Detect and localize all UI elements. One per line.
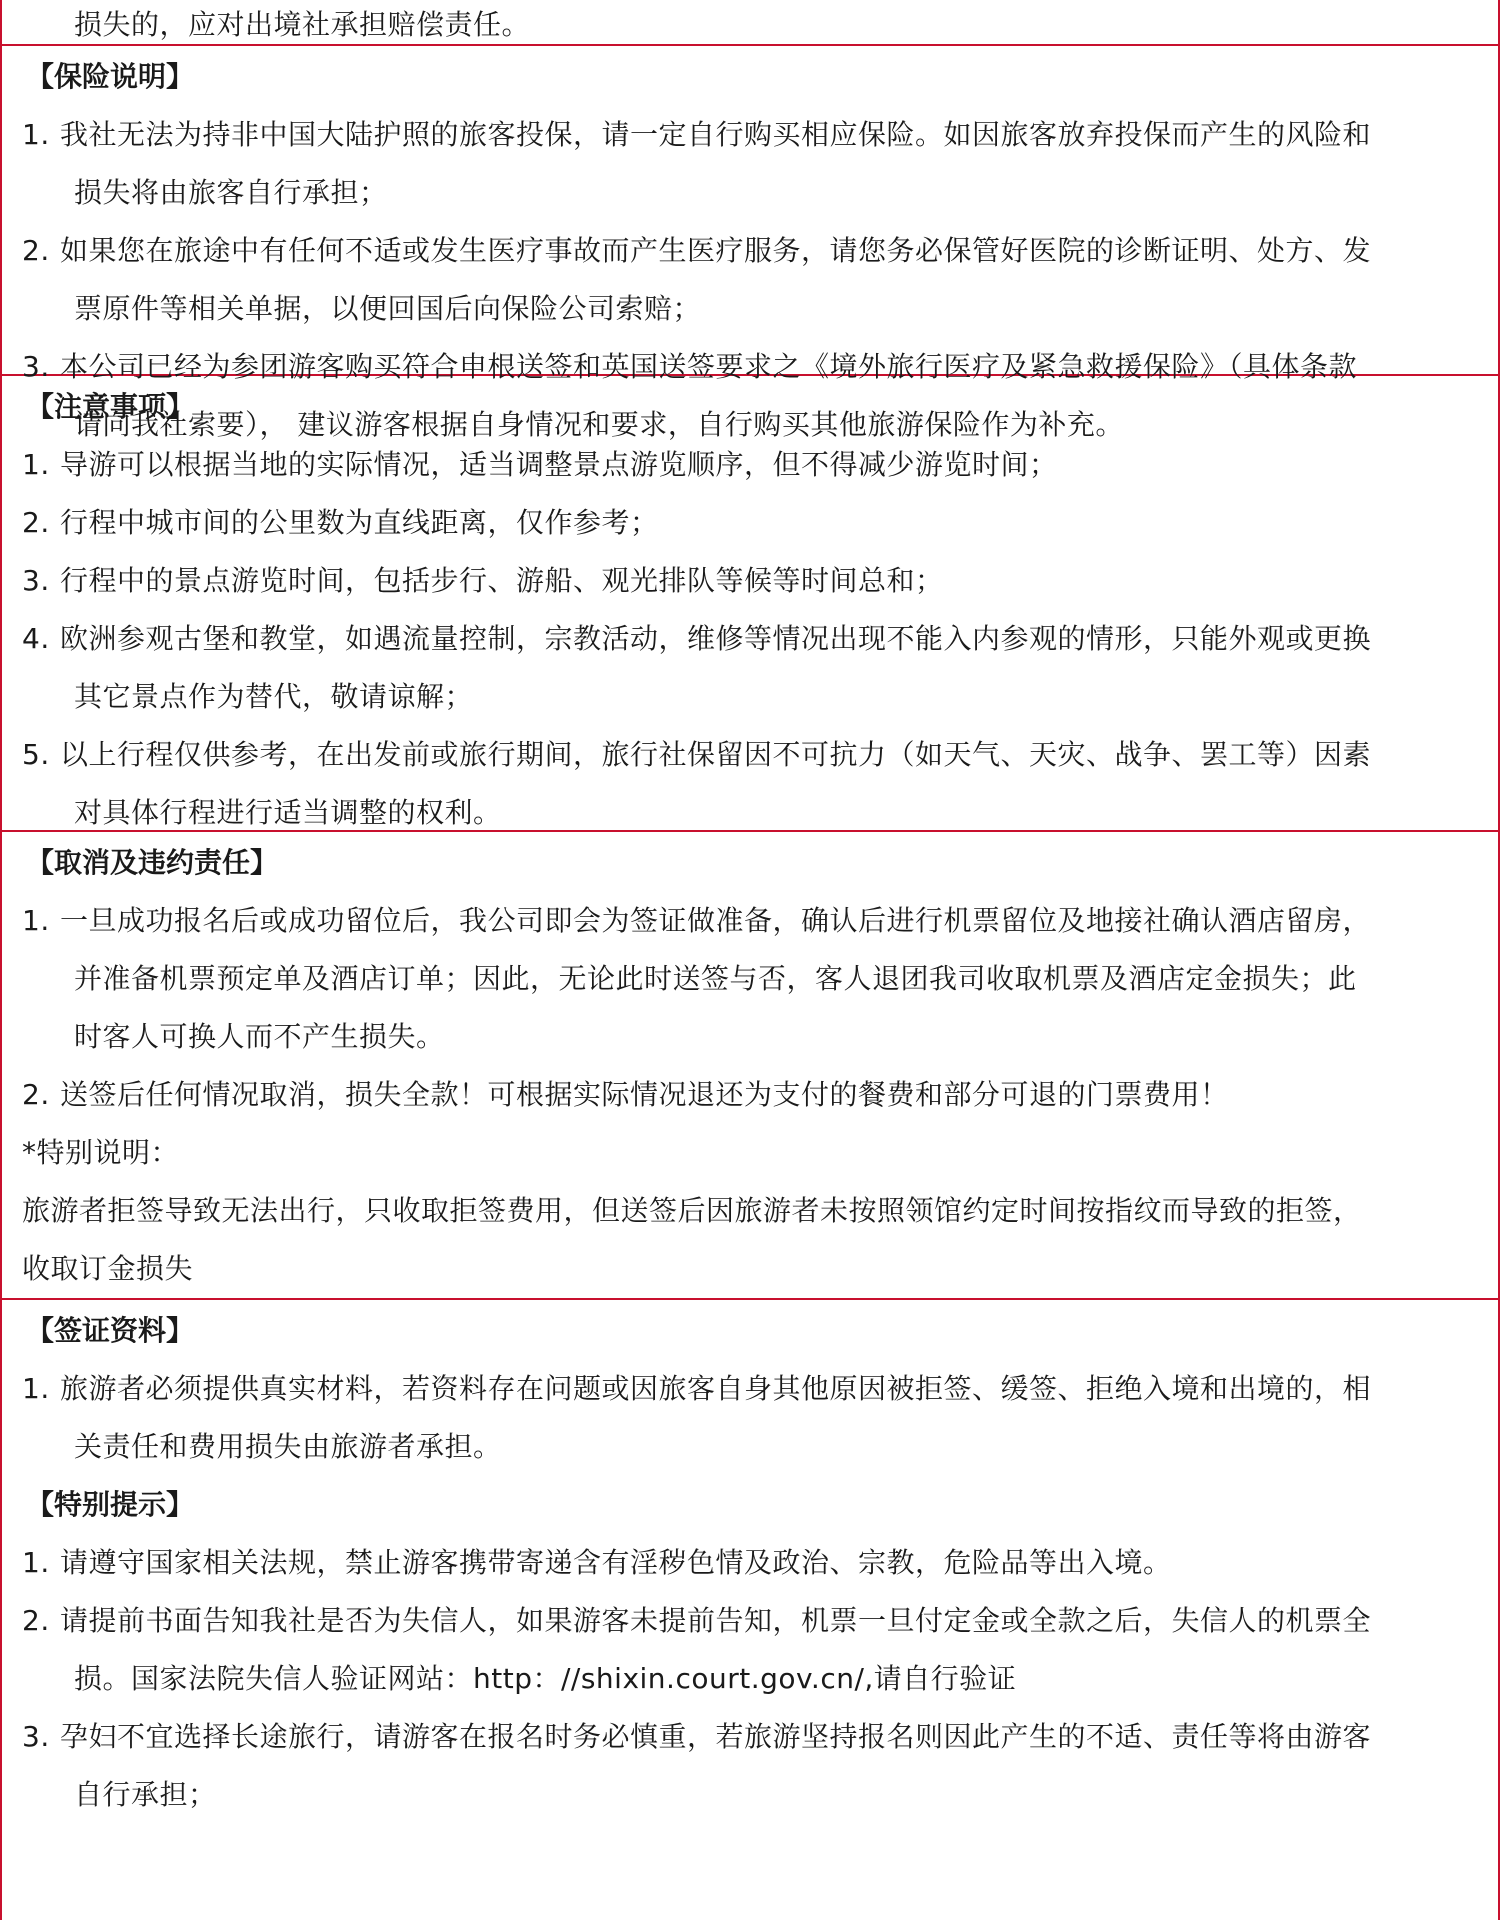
fragment-text: 损失的，应对出境社承担赔偿责任。 <box>22 0 1478 46</box>
list-item: 3.孕妇不宜选择长途旅行，请游客在报名时务必慎重，若旅游坚持报名则因此产生的不适… <box>22 1708 1478 1766</box>
list-item: 3.行程中的景点游览时间，包括步行、游船、观光排队等候等时间总和； <box>22 552 1478 610</box>
section-title-insurance: 【保险说明】 <box>22 48 1478 106</box>
list-item: 1.请遵守国家相关法规，禁止游客携带寄递含有淫秽色情及政治、宗教，危险品等出入境… <box>22 1534 1478 1592</box>
special-note-label: *特别说明： <box>22 1124 1478 1182</box>
list-item: 2.如果您在旅途中有任何不适或发生医疗事故而产生医疗服务，请您务必保管好医院的诊… <box>22 222 1478 280</box>
list-item-continuation: 自行承担； <box>22 1766 1478 1824</box>
list-item-continuation: 关责任和费用损失由旅游者承担。 <box>22 1418 1478 1476</box>
list-item: 1.我社无法为持非中国大陆护照的旅客投保，请一定自行购买相应保险。如因旅客放弃投… <box>22 106 1478 164</box>
section-title-special-tips: 【特别提示】 <box>22 1476 1478 1534</box>
list-item: 4.欧洲参观古堡和教堂，如遇流量控制，宗教活动，维修等情况出现不能入内参观的情形… <box>22 610 1478 668</box>
list-item-continuation: 损。国家法院失信人验证网站：http：//shixin.court.gov.cn… <box>22 1650 1478 1708</box>
section-title-cancellation: 【取消及违约责任】 <box>22 834 1478 892</box>
list-item-continuation: 其它景点作为替代，敬请谅解； <box>22 668 1478 726</box>
list-item: 2.请提前书面告知我社是否为失信人，如果游客未提前告知，机票一旦付定金或全款之后… <box>22 1592 1478 1650</box>
section-cancellation: 【取消及违约责任】 1.一旦成功报名后或成功留位后，我公司即会为签证做准备，确认… <box>2 832 1498 1300</box>
list-item: 1.导游可以根据当地的实际情况，适当调整景点游览顺序，但不得减少游览时间； <box>22 436 1478 494</box>
terms-document: 损失的，应对出境社承担赔偿责任。 【保险说明】 1.我社无法为持非中国大陆护照的… <box>0 0 1500 1920</box>
list-item: 1.一旦成功报名后或成功留位后，我公司即会为签证做准备，确认后进行机票留位及地接… <box>22 892 1478 950</box>
list-item: 2.送签后任何情况取消，损失全款！可根据实际情况退还为支付的餐费和部分可退的门票… <box>22 1066 1478 1124</box>
list-item: 3.本公司已经为参团游客购买符合申根送签和英国送签要求之《境外旅行医疗及紧急救援… <box>22 338 1478 396</box>
section-insurance: 【保险说明】 1.我社无法为持非中国大陆护照的旅客投保，请一定自行购买相应保险。… <box>2 46 1498 376</box>
list-item-continuation: 并准备机票预定单及酒店订单；因此，无论此时送签与否，客人退团我司收取机票及酒店定… <box>22 950 1478 1008</box>
list-item: 1.旅游者必须提供真实材料，若资料存在问题或因旅客自身其他原因被拒签、缓签、拒绝… <box>22 1360 1478 1418</box>
special-note-text: 旅游者拒签导致无法出行，只收取拒签费用，但送签后因旅游者未按照领馆约定时间按指纹… <box>22 1182 1478 1240</box>
list-item: 5.以上行程仅供参考，在出发前或旅行期间，旅行社保留因不可抗力（如天气、天灾、战… <box>22 726 1478 784</box>
section-title-visa: 【签证资料】 <box>22 1302 1478 1360</box>
section-notes: 【注意事项】 1.导游可以根据当地的实际情况，适当调整景点游览顺序，但不得减少游… <box>2 376 1498 832</box>
list-item-continuation: 损失将由旅客自行承担； <box>22 164 1478 222</box>
list-item-continuation: 票原件等相关单据，以便回国后向保险公司索赔； <box>22 280 1478 338</box>
special-note-text: 收取订金损失 <box>22 1240 1478 1298</box>
list-item-continuation: 时客人可换人而不产生损失。 <box>22 1008 1478 1066</box>
list-item: 2.行程中城市间的公里数为直线距离，仅作参考； <box>22 494 1478 552</box>
section-visa-and-tips: 【签证资料】 1.旅游者必须提供真实材料，若资料存在问题或因旅客自身其他原因被拒… <box>2 1300 1498 1920</box>
section-previous-fragment: 损失的，应对出境社承担赔偿责任。 <box>2 0 1498 46</box>
